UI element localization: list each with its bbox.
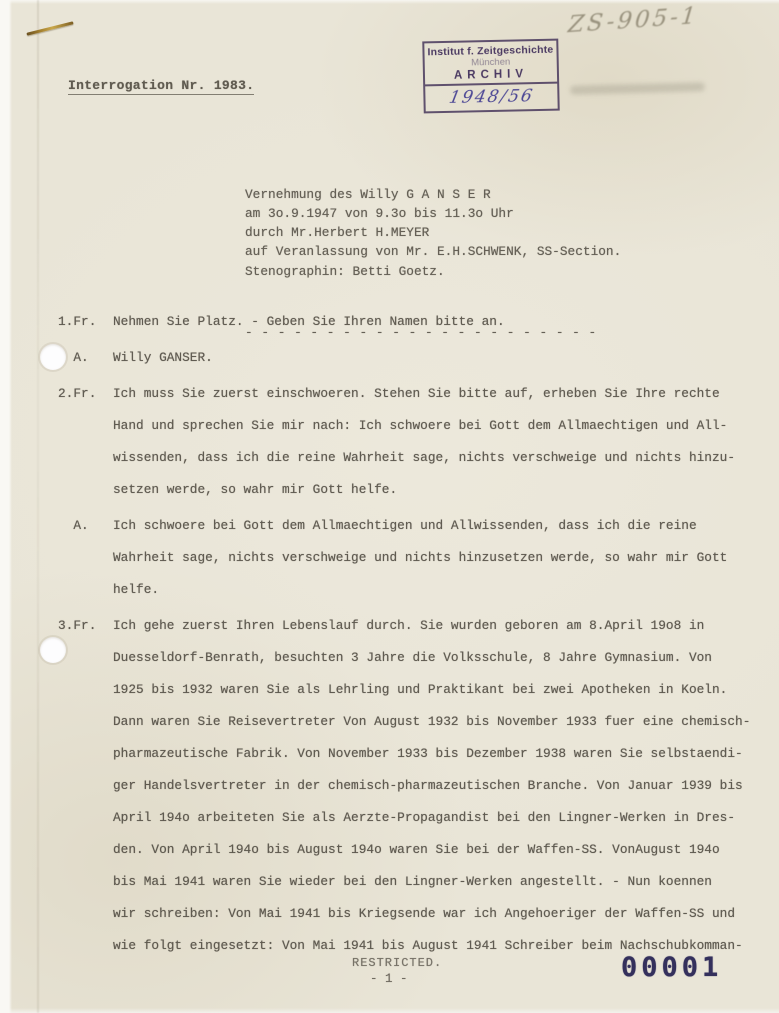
serial-number-stamp: 00001 <box>621 952 722 983</box>
qa-label: A. <box>58 510 89 542</box>
qa-line: wir schreiben: Von Mai 1941 bis Kriegsen… <box>113 898 759 930</box>
qa-row: 2.Fr.Ich muss Sie zuerst einschwoeren. S… <box>0 378 779 506</box>
stamp-archive-label: ARCHIV <box>427 68 555 83</box>
document-title: Interrogation Nr. 1983. <box>68 78 254 95</box>
header-line: auf Veranlassung von Mr. E.H.SCHWENK, SS… <box>245 242 621 261</box>
qa-line: helfe. <box>113 574 759 606</box>
qa-line: Ich gehe zuerst Ihren Lebenslauf durch. … <box>113 610 759 642</box>
qa-label: 2.Fr. <box>58 378 96 410</box>
page-number: - 1 - <box>370 972 408 986</box>
qa-text: Willy GANSER. <box>113 342 759 374</box>
scanned-document-page: ZS-905-1 Institut f. Zeitgeschichte Münc… <box>0 0 779 1013</box>
qa-line: Wahrheit sage, nichts verschweige und ni… <box>113 542 759 574</box>
qa-row: A.Willy GANSER. <box>0 342 779 374</box>
ink-smudge <box>570 82 705 95</box>
qa-line: April 194o arbeiteten Sie als Aerzte-Pro… <box>113 802 759 834</box>
header-line: Stenographin: Betti Goetz. <box>245 262 621 281</box>
archive-stamp-header: Institut f. Zeitgeschichte München ARCHI… <box>424 41 557 87</box>
qa-line: Dann waren Sie Reisevertreter Von August… <box>113 706 759 738</box>
staple-rust-mark <box>26 21 73 36</box>
qa-line: Willy GANSER. <box>113 342 759 374</box>
header-line: am 3o.9.1947 von 9.3o bis 11.3o Uhr <box>245 204 621 223</box>
qa-line: Hand und sprechen Sie mir nach: Ich schw… <box>113 410 759 442</box>
qa-label: 1.Fr. <box>58 306 96 338</box>
qa-section: 1.Fr.Nehmen Sie Platz. - Geben Sie Ihren… <box>0 306 779 962</box>
qa-line: wissenden, dass ich die reine Wahrheit s… <box>113 442 759 474</box>
header-lines: Vernehmung des Willy G A N S E Ram 3o.9.… <box>245 185 621 281</box>
qa-line: bis Mai 1941 waren Sie wieder bei den Li… <box>113 866 759 898</box>
qa-line: Nehmen Sie Platz. - Geben Sie Ihren Name… <box>113 306 759 338</box>
qa-text: Ich gehe zuerst Ihren Lebenslauf durch. … <box>113 610 759 962</box>
qa-row: 3.Fr.Ich gehe zuerst Ihren Lebenslauf du… <box>0 610 779 962</box>
header-line: durch Mr.Herbert H.MEYER <box>245 223 621 242</box>
qa-text: Ich muss Sie zuerst einschwoeren. Stehen… <box>113 378 759 506</box>
qa-row: 1.Fr.Nehmen Sie Platz. - Geben Sie Ihren… <box>0 306 779 338</box>
stamp-handwritten-number: 1948/56 <box>423 84 560 112</box>
qa-line: ger Handelsvertreter in der chemisch-pha… <box>113 770 759 802</box>
qa-row: A.Ich schwoere bei Gott dem Allmaechtige… <box>0 510 779 606</box>
qa-label: A. <box>58 342 89 374</box>
header-line: Vernehmung des Willy G A N S E R <box>245 185 621 204</box>
classification-marking: RESTRICTED. <box>352 956 442 970</box>
qa-text: Nehmen Sie Platz. - Geben Sie Ihren Name… <box>113 306 759 338</box>
qa-line: Ich muss Sie zuerst einschwoeren. Stehen… <box>113 378 759 410</box>
qa-line: den. Von April 194o bis August 194o ware… <box>113 834 759 866</box>
qa-text: Ich schwoere bei Gott dem Allmaechtigen … <box>113 510 759 606</box>
qa-line: 1925 bis 1932 waren Sie als Lehrling und… <box>113 674 759 706</box>
archive-stamp: Institut f. Zeitgeschichte München ARCHI… <box>422 39 559 114</box>
qa-line: pharmazeutische Fabrik. Von November 193… <box>113 738 759 770</box>
qa-label: 3.Fr. <box>58 610 96 642</box>
qa-line: Duesseldorf-Benrath, besuchten 3 Jahre d… <box>113 642 759 674</box>
handwritten-archive-ref: ZS-905-1 <box>567 0 739 38</box>
qa-line: Ich schwoere bei Gott dem Allmaechtigen … <box>113 510 759 542</box>
qa-line: setzen werde, so wahr mir Gott helfe. <box>113 474 759 506</box>
